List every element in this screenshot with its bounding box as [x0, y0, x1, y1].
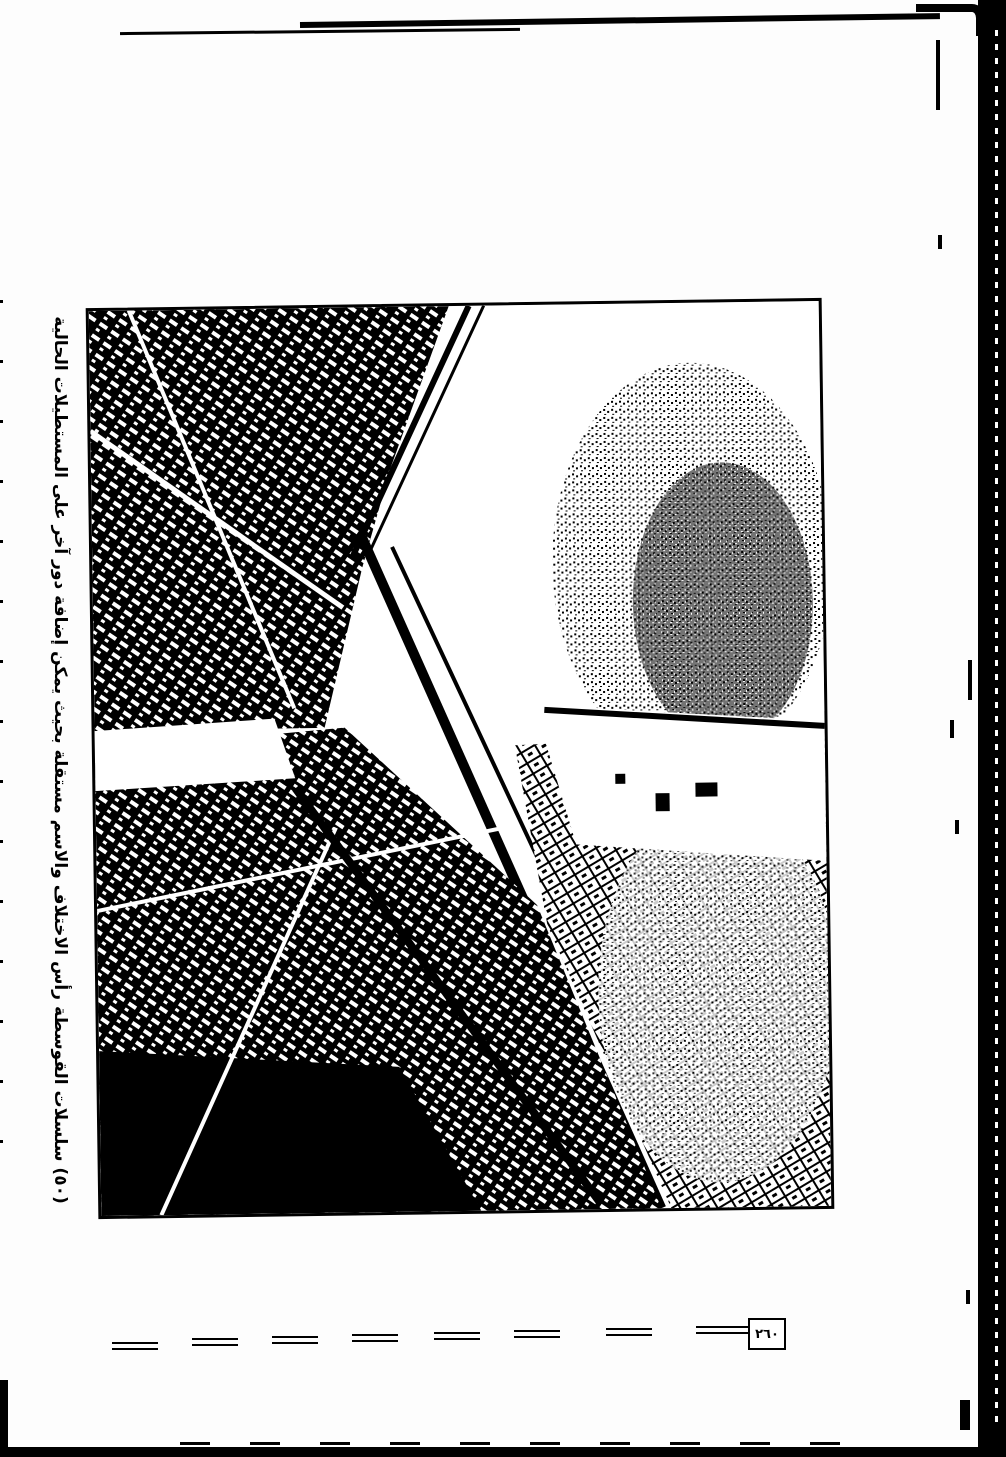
- margin-mark: [938, 235, 942, 249]
- scan-corner: [916, 4, 986, 36]
- scanned-page: (٥٠) سلسلات القوسطة رأس الاختلاف والاسم …: [0, 0, 1006, 1457]
- footer-dash: [192, 1338, 238, 1346]
- margin-mark: [960, 1400, 970, 1430]
- footer-dash: [352, 1334, 398, 1342]
- page-number: ٢٦٠: [748, 1318, 786, 1350]
- scan-bottom-edge: [0, 1447, 1006, 1457]
- scan-left-ticks: [0, 300, 3, 1200]
- footer-dash: [272, 1336, 318, 1344]
- margin-mark: [966, 1290, 970, 1304]
- margin-mark: [968, 660, 972, 700]
- scan-top-edge: [300, 13, 940, 28]
- scan-bottom-specks: [180, 1442, 840, 1445]
- scan-right-edge: [978, 0, 1006, 1457]
- aerial-photo-graphic: [89, 301, 832, 1216]
- footer-dash: [606, 1328, 652, 1336]
- scan-top-edge-thin: [120, 28, 520, 35]
- footer-dash: [112, 1342, 158, 1350]
- margin-mark: [950, 720, 954, 738]
- footer-dash: [696, 1326, 748, 1334]
- margin-mark: [955, 820, 959, 834]
- aerial-city-photo: [86, 298, 835, 1219]
- margin-mark: [936, 40, 940, 110]
- footer-dash: [514, 1330, 560, 1338]
- scan-left-edge: [0, 1380, 8, 1457]
- page-footer-rule: [112, 1322, 812, 1362]
- figure-caption-text: (٥٠) سلسلات القوسطة رأس الاختلاف والاسم …: [50, 316, 70, 1203]
- footer-dash: [434, 1332, 480, 1340]
